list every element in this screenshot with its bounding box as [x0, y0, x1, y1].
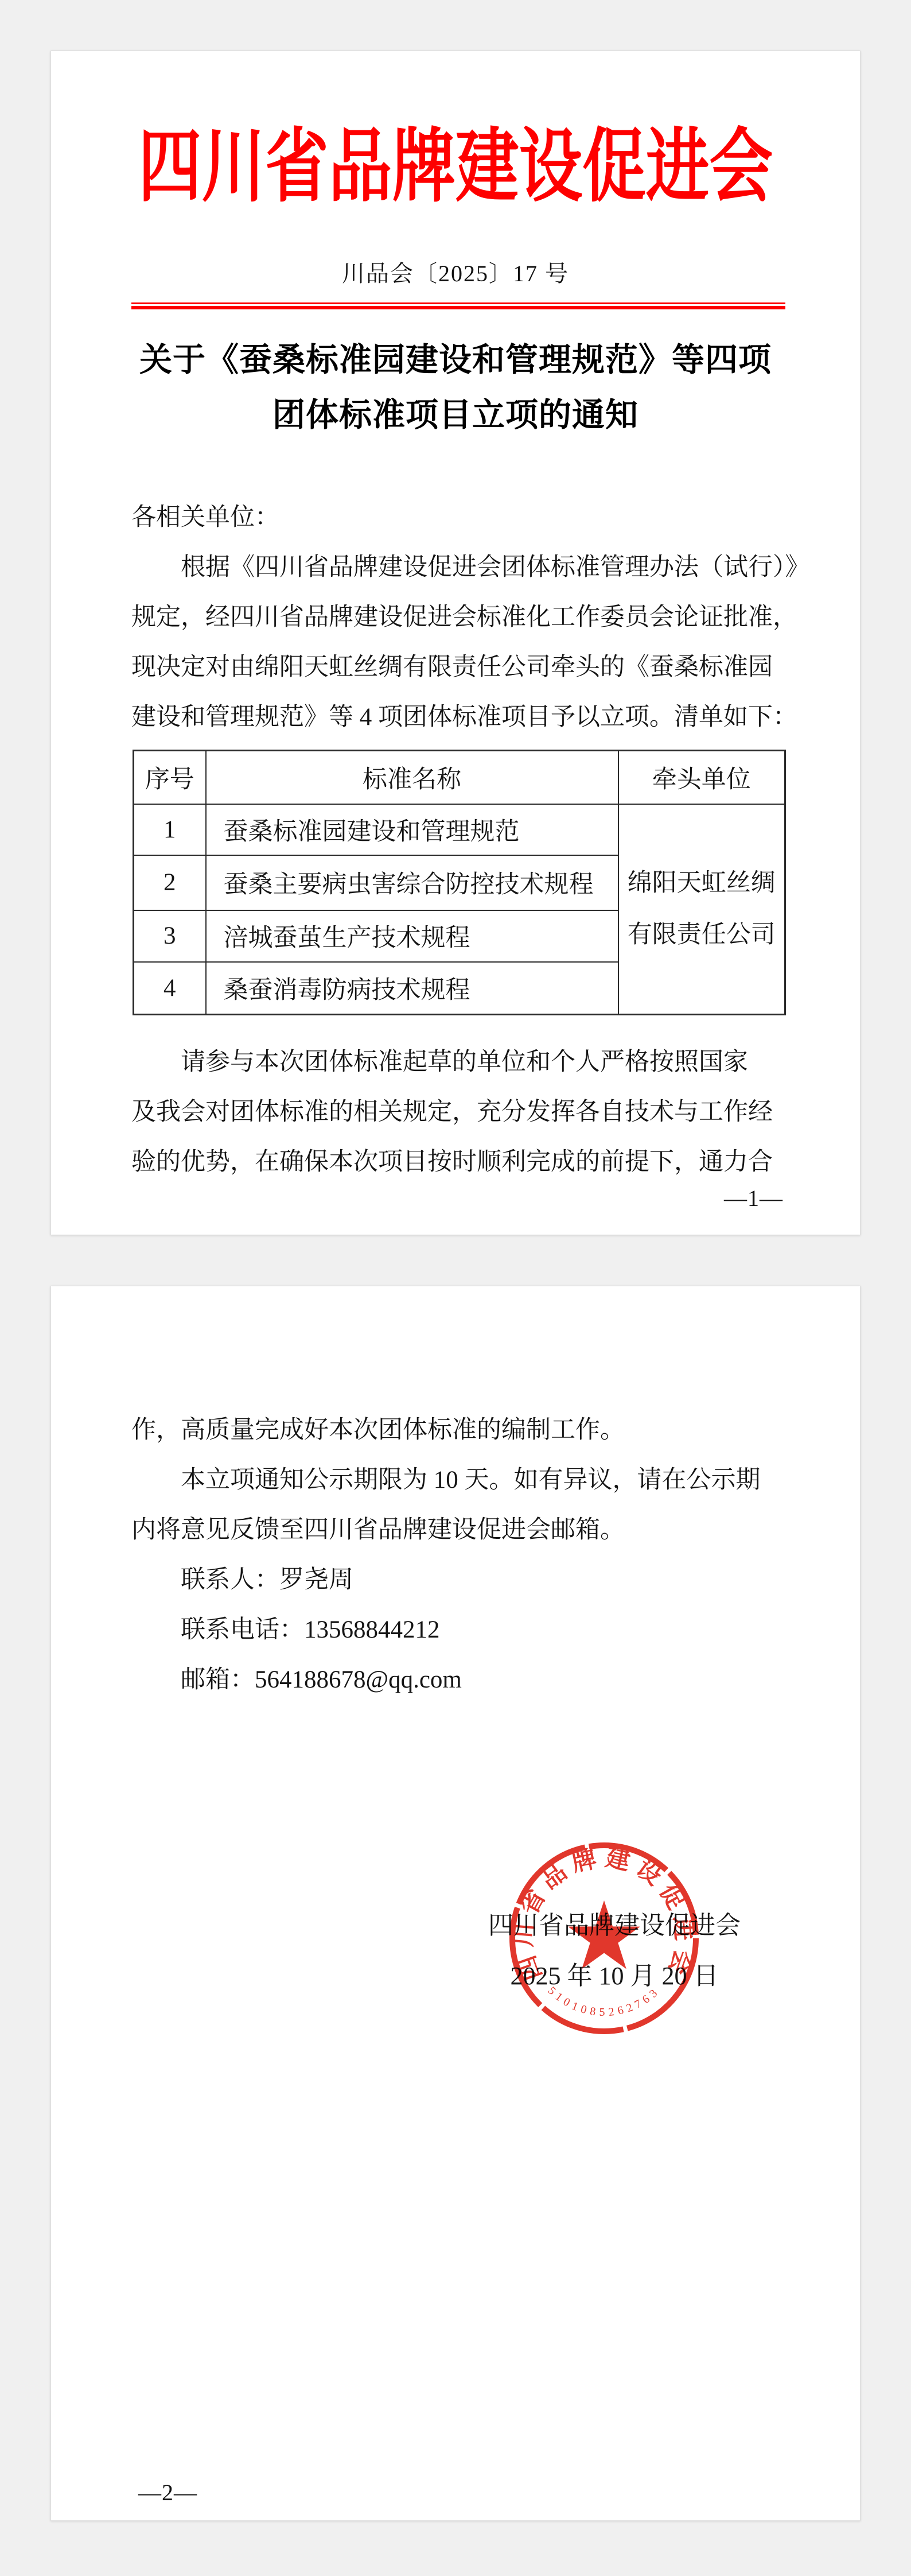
continuation-line: 作，高质量完成好本次团体标准的编制工作。	[131, 1413, 785, 1448]
seal-serial: 5101085262763	[546, 1984, 663, 2019]
page-1-number: —1—	[724, 1185, 783, 1212]
page-1: 四川省品牌建设促进会 川品会〔2025〕17 号 关于《蚕桑标准园建设和管理规范…	[50, 51, 861, 1235]
table-header-lead-org: 牵头单位	[618, 751, 785, 804]
official-seal: 四川省品牌建设促进会 5101085262763	[505, 1840, 703, 2037]
para1-line-4: 建设和管理规范》等 4 项团体标准项目予以立项。清单如下：	[131, 700, 785, 735]
row-2-index: 2	[134, 855, 206, 910]
page-2-number: —2—	[138, 2479, 197, 2506]
notice-title-line-1: 关于《蚕桑标准园建设和管理规范》等四项	[51, 343, 860, 378]
para1-line-3: 现决定对由绵阳天虹丝绸有限责任公司牵头的《蚕桑标准园	[131, 650, 785, 685]
row-4-index: 4	[134, 962, 206, 1015]
row-2-name: 蚕桑主要病虫害综合防控技术规程	[206, 855, 618, 910]
row-3-name: 涪城蚕茧生产技术规程	[206, 910, 618, 962]
svg-text:5101085262763: 5101085262763	[546, 1984, 663, 2019]
contact-phone: 联系电话：13568844212	[181, 1612, 835, 1648]
org-title: 四川省品牌建设促进会	[136, 119, 775, 216]
lead-org-cell: 绵阳天虹丝绸 有限责任公司	[618, 804, 785, 1015]
row-1-index: 1	[134, 804, 206, 855]
red-separator-rule	[131, 302, 785, 309]
table-row: 1 蚕桑标准园建设和管理规范 绵阳天虹丝绸 有限责任公司	[134, 804, 785, 855]
lead-org-line-1: 绵阳天虹丝绸	[619, 858, 785, 909]
row-4-name: 桑蚕消毒防病技术规程	[206, 962, 618, 1015]
page-2: 作，高质量完成好本次团体标准的编制工作。 本立项通知公示期限为 10 天。如有异…	[50, 1286, 861, 2521]
lead-org-line-2: 有限责任公司	[619, 909, 785, 961]
contact-email: 邮箱：564188678@qq.com	[181, 1662, 835, 1698]
notice-title-line-2: 团体标准项目立项的通知	[51, 398, 860, 433]
table-header-name: 标准名称	[206, 751, 618, 804]
seal-star-icon	[568, 1900, 640, 1969]
row-1-name: 蚕桑标准园建设和管理规范	[206, 804, 618, 855]
standards-table: 序号 标准名称 牵头单位 1 蚕桑标准园建设和管理规范 绵阳天虹丝绸 有限责任公…	[133, 750, 786, 1015]
para1-line-2: 规定，经四川省品牌建设促进会标准化工作委员会论证批准，	[131, 600, 785, 635]
para1-line-1: 根据《四川省品牌建设促进会团体标准管理办法（试行）》	[131, 550, 835, 585]
para2-line-2: 及我会对团体标准的相关规定，充分发挥各自技术与工作经	[131, 1095, 785, 1130]
contact-person: 联系人：罗尧周	[181, 1562, 835, 1598]
row-3-index: 3	[134, 910, 206, 962]
doc-number: 川品会〔2025〕17 号	[51, 259, 860, 289]
table-header-index: 序号	[134, 751, 206, 804]
salutation: 各相关单位：	[131, 500, 785, 536]
para2-line-1: 请参与本次团体标准起草的单位和个人严格按照国家	[131, 1045, 835, 1080]
notice-period-line-2: 内将意见反馈至四川省品牌建设促进会邮箱。	[131, 1512, 785, 1548]
document-viewer: { "colors": { "backdrop": "#f0f0f0", "pa…	[0, 0, 911, 2576]
para2-line-3: 验的优势，在确保本次项目按时顺利完成的前提下，通力合	[131, 1145, 785, 1180]
notice-period-line-1: 本立项通知公示期限为 10 天。如有异议，请在公示期	[131, 1462, 835, 1498]
